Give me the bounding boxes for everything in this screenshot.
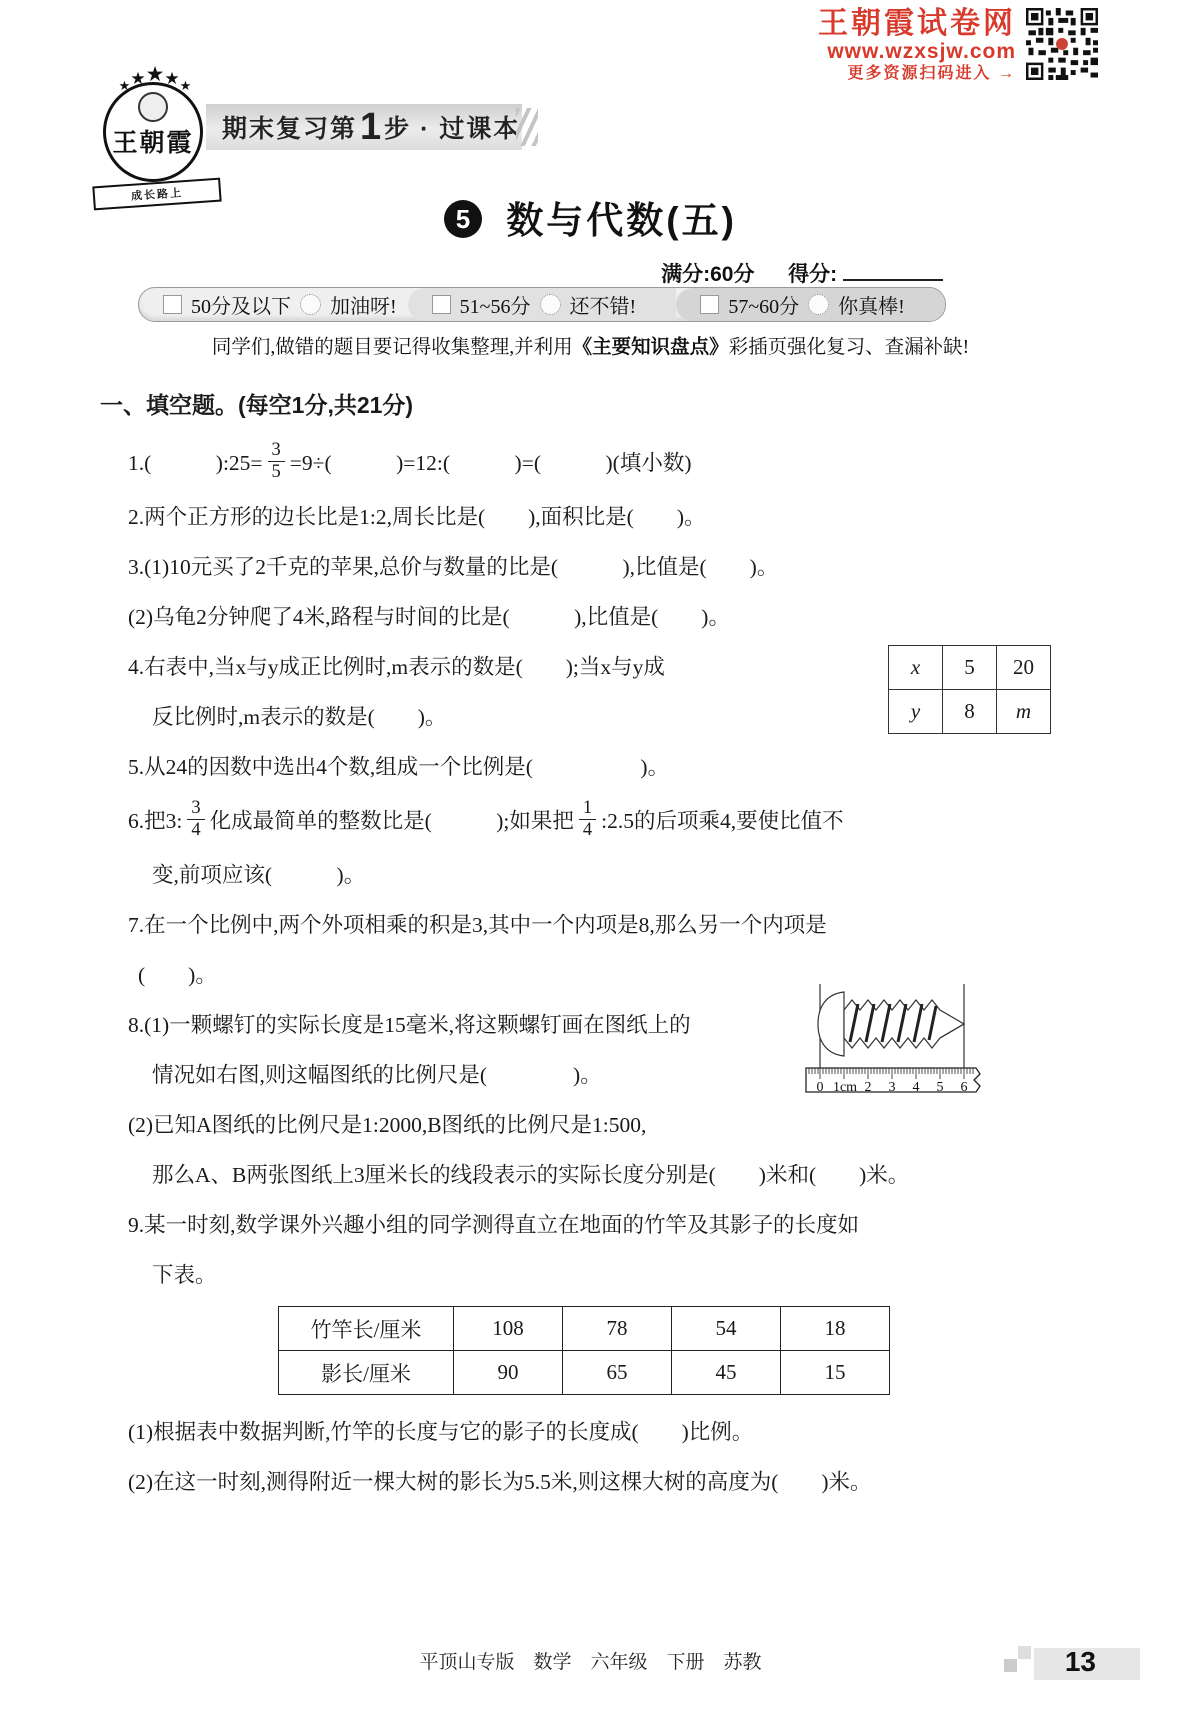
page-number-block: 13	[1000, 1646, 1140, 1684]
question-text: 下表。	[152, 1258, 217, 1289]
score-range-label: 51~56分	[460, 290, 531, 319]
score-row: 满分:60分 得分:	[661, 258, 943, 288]
fraction: 3 5	[268, 440, 285, 482]
fraction-numerator: 3	[187, 798, 204, 819]
ruler-label: 5	[937, 1080, 944, 1095]
ruler-label: 2	[865, 1080, 872, 1095]
ruler-label: 4	[913, 1080, 920, 1095]
table-cell: 5	[943, 646, 997, 690]
question-text: (2)已知A图纸的比例尺是1:2000,B图纸的比例尺是1:500,	[128, 1108, 646, 1139]
question-8-part2-line2: 那么A、B两张图纸上3厘米长的线段表示的实际长度分别是( )米和( )米。	[128, 1148, 1138, 1198]
question-text: 那么A、B两张图纸上3厘米长的线段表示的实际长度分别是( )米和( )米。	[152, 1158, 909, 1189]
brand-site-url: www.wzxsjw.com	[818, 40, 1016, 64]
publisher-logo: 王朝霞 成长路上	[95, 66, 215, 200]
score-range-label: 57~60分	[728, 290, 799, 319]
brand-block: 王朝霞试卷网 www.wzxsjw.com 更多资源扫码进入 →	[818, 8, 1098, 84]
print-mark-square	[1018, 1646, 1031, 1659]
smiley-icon	[808, 294, 829, 315]
question-text: 5.从24的因数中选出4个数,组成一个比例是( )。	[128, 750, 669, 781]
brand-qr-hint: 更多资源扫码进入 →	[818, 64, 1016, 85]
section-heading: 一、填空题。(每空1分,共21分)	[100, 388, 1138, 422]
table-cell: x	[889, 646, 943, 690]
ruler-label: 0	[817, 1080, 824, 1095]
question-text: (2)在这一时刻,测得附近一棵大树的影长为5.5米,则这棵大树的高度为( )米。	[128, 1465, 872, 1496]
notice-line: 同学们,做错的题目要记得收集整理,并利用《主要知识盘点》彩插页强化复习、查漏补缺…	[0, 331, 1181, 359]
banner-slash-decoration	[516, 108, 538, 146]
header-banner: 期末复习第 1 步 · 过课本	[206, 104, 522, 150]
table-cell: 8	[943, 690, 997, 734]
screw-ruler-figure: 0 1cm 2 3 4 5 6	[798, 980, 990, 1102]
question-7-line1: 7.在一个比例中,两个外项相乘的积是3,其中一个内项是8,那么另一个内项是	[128, 898, 1138, 948]
table-cell: 15	[781, 1351, 890, 1395]
score-range-checkbox[interactable]	[700, 295, 719, 314]
notice-post: 彩插页强化复习、查漏补缺!	[729, 337, 970, 358]
title-text: 数与代数(五)	[506, 200, 737, 241]
table-cell: 65	[563, 1351, 672, 1395]
table-cell: 45	[672, 1351, 781, 1395]
page-title: 5 数与代数(五)	[0, 190, 1181, 244]
fraction-denominator: 4	[579, 820, 596, 840]
question-6-line2: 变,前项应该( )。	[128, 848, 1138, 898]
ruler-label: 3	[889, 1080, 896, 1095]
notice-pre: 同学们,做错的题目要记得收集整理,并利用	[212, 337, 573, 358]
question-text: :2.5的后项乘4,要使比值不	[601, 804, 843, 835]
table-row: 竹竿长/厘米 108 78 54 18	[279, 1307, 890, 1351]
question-9-sub1: (1)根据表中数据判断,竹竿的长度与它的影子的长度成( )比例。	[128, 1405, 1138, 1455]
question-3-part1: 3.(1)10元买了2千克的苹果,总价与数量的比是( ),比值是( )。	[128, 540, 1138, 590]
question-text: 化成最简单的整数比是( );如果把	[210, 804, 574, 835]
xy-proportion-table: x 5 20 y 8 m	[888, 645, 1051, 734]
bamboo-shadow-table: 竹竿长/厘米 108 78 54 18 影长/厘米 90 65 45 15	[278, 1306, 890, 1395]
table-cell: 18	[781, 1307, 890, 1351]
question-9-line1: 9.某一时刻,数学课外兴趣小组的同学测得直立在地面的竹竿及其影子的长度如	[128, 1198, 1138, 1248]
title-number-badge: 5	[444, 200, 482, 238]
table-cell: m	[997, 690, 1051, 734]
question-text: 情况如右图,则这幅图纸的比例尺是( )。	[152, 1058, 602, 1089]
question-text: 6.把3:	[128, 804, 182, 835]
table-row: 影长/厘米 90 65 45 15	[279, 1351, 890, 1395]
banner-text: 步 · 过课本	[384, 109, 520, 145]
score-range-segment: 57~60分 你真棒!	[676, 288, 945, 321]
score-range-checkbox[interactable]	[163, 295, 182, 314]
obtained-score-label: 得分:	[788, 263, 837, 286]
question-5: 5.从24的因数中选出4个数,组成一个比例是( )。	[128, 740, 1138, 790]
brand-text: 王朝霞试卷网 www.wzxsjw.com 更多资源扫码进入 →	[818, 8, 1016, 84]
logo-name: 王朝霞	[106, 123, 200, 159]
table-cell: 54	[672, 1307, 781, 1351]
score-range-label: 50分及以下	[191, 290, 291, 319]
score-range-bar: 50分及以下 加油呀! 51~56分 还不错! 57~60分 你真棒!	[138, 287, 946, 322]
question-text: 8.(1)一颗螺钉的实际长度是15毫米,将这颗螺钉画在图纸上的	[128, 1008, 691, 1039]
score-range-segment: 51~56分 还不错!	[408, 288, 677, 321]
question-text: 4.右表中,当x与y成正比例时,m表示的数是( );当x与y成	[128, 650, 665, 681]
question-text: 1.( ):25=	[128, 446, 263, 477]
table-row: x 5 20	[889, 646, 1051, 690]
brand-site-name: 王朝霞试卷网	[818, 8, 1016, 40]
question-text: =9÷( )=12:( )=( )(填小数)	[290, 446, 692, 477]
table-cell: 20	[997, 646, 1051, 690]
question-text: 3.(1)10元买了2千克的苹果,总价与数量的比是( ),比值是( )。	[128, 550, 778, 581]
qr-code-icon	[1026, 8, 1098, 80]
table-cell: 竹竿长/厘米	[279, 1307, 454, 1351]
score-range-comment: 还不错!	[570, 290, 637, 319]
question-9-line2: 下表。	[128, 1248, 1138, 1298]
table-cell: 78	[563, 1307, 672, 1351]
page-number: 13	[1065, 1646, 1096, 1678]
banner-step-number: 1	[360, 108, 381, 146]
smiley-icon	[540, 294, 561, 315]
fraction: 3 4	[187, 798, 204, 840]
full-score-label: 满分:60分	[661, 263, 754, 286]
ruler-label: 1cm	[833, 1080, 857, 1095]
table-cell: 影长/厘米	[279, 1351, 454, 1395]
question-9-sub2: (2)在这一时刻,测得附近一棵大树的影长为5.5米,则这棵大树的高度为( )米。	[128, 1455, 1138, 1505]
table-cell: y	[889, 690, 943, 734]
question-2: 2.两个正方形的边长比是1:2,周长比是( ),面积比是( )。	[128, 490, 1138, 540]
fraction-numerator: 1	[579, 798, 596, 819]
banner-text: 期末复习第	[222, 109, 357, 145]
fraction-denominator: 4	[187, 820, 204, 840]
ruler-label: 6	[961, 1080, 968, 1095]
question-6-line1: 6.把3: 3 4 化成最简单的整数比是( );如果把 1 4 :2.5的后项乘…	[128, 790, 1138, 848]
question-3-part2: (2)乌龟2分钟爬了4米,路程与时间的比是( ),比值是( )。	[128, 590, 1138, 640]
print-mark-square	[1004, 1659, 1017, 1672]
question-section: 一、填空题。(每空1分,共21分) 1.( ):25= 3 5 =9÷( )=1…	[128, 388, 1138, 1505]
question-1: 1.( ):25= 3 5 =9÷( )=12:( )=( )(填小数)	[128, 432, 1138, 490]
question-8-part2-line1: (2)已知A图纸的比例尺是1:2000,B图纸的比例尺是1:500,	[128, 1098, 1138, 1148]
logo-circle: 王朝霞	[103, 82, 203, 182]
question-text: 2.两个正方形的边长比是1:2,周长比是( ),面积比是( )。	[128, 500, 706, 531]
worksheet-page: 王朝霞试卷网 www.wzxsjw.com 更多资源扫码进入 →	[0, 0, 1181, 1730]
score-range-segment: 50分及以下 加油呀!	[139, 288, 408, 321]
fraction-denominator: 5	[268, 462, 285, 482]
question-text: 反比例时,m表示的数是( )。	[152, 700, 446, 731]
score-range-checkbox[interactable]	[432, 295, 451, 314]
notice-emphasis: 《主要知识盘点》	[573, 336, 729, 358]
score-blank-line	[843, 263, 943, 281]
table-cell: 108	[454, 1307, 563, 1351]
score-range-comment: 加油呀!	[330, 290, 397, 319]
smiley-icon	[300, 294, 321, 315]
question-text: ( )。	[138, 958, 217, 989]
portrait-icon	[138, 92, 168, 122]
question-text: 7.在一个比例中,两个外项相乘的积是3,其中一个内项是8,那么另一个内项是	[128, 908, 827, 939]
question-text: 变,前项应该( )。	[152, 858, 365, 889]
score-range-comment: 你真棒!	[838, 290, 905, 319]
fraction-numerator: 3	[268, 440, 285, 461]
question-text: (1)根据表中数据判断,竹竿的长度与它的影子的长度成( )比例。	[128, 1415, 753, 1446]
table-cell: 90	[454, 1351, 563, 1395]
question-text: 9.某一时刻,数学课外兴趣小组的同学测得直立在地面的竹竿及其影子的长度如	[128, 1208, 859, 1239]
table-row: y 8 m	[889, 690, 1051, 734]
fraction: 1 4	[579, 798, 596, 840]
question-text: (2)乌龟2分钟爬了4米,路程与时间的比是( ),比值是( )。	[128, 600, 730, 631]
